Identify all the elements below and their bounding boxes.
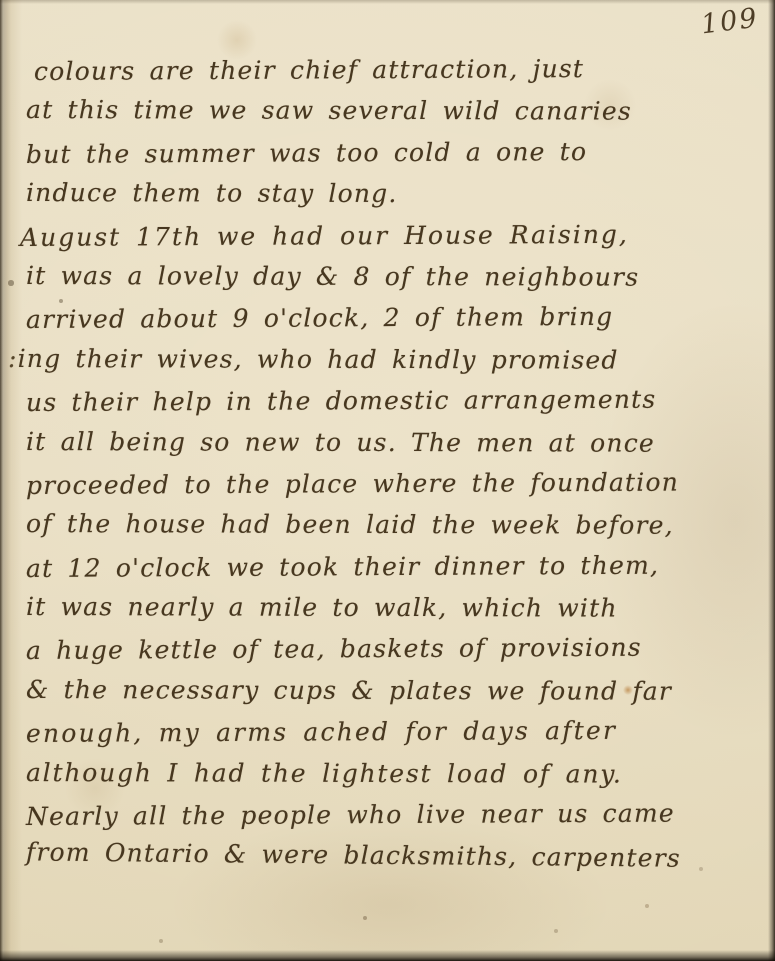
manuscript-line: enough, my arms ached for days after — [26, 709, 771, 754]
manuscript-line: Nearly all the people who live near us c… — [26, 792, 771, 837]
manuscript-line: but the summer was too cold a one to — [26, 130, 771, 175]
manuscript-line: it was a lovely day & 8 of the neighbour… — [26, 255, 771, 298]
manuscript-line: & the necessary cups & plates we found f… — [26, 669, 771, 712]
manuscript-line: at 12 o'clock we took their dinner to th… — [26, 544, 771, 589]
manuscript-line: August 17th we had our House Raising, — [20, 213, 771, 258]
manuscript-line: us their help in the domestic arrangemen… — [26, 378, 771, 423]
manuscript-line: of the house had been laid the week befo… — [26, 503, 771, 546]
page-edge-top — [0, 0, 775, 4]
manuscript-text: colours are their chief attraction, just… — [26, 49, 771, 877]
manuscript-line: :ing their wives, who had kindly promise… — [8, 338, 771, 381]
manuscript-line: from Ontario & were blacksmiths, carpent… — [26, 832, 771, 881]
manuscript-line: arrived about 9 o'clock, 2 of them bring — [26, 295, 771, 340]
manuscript-line: at this time we saw several wild canarie… — [26, 89, 771, 132]
manuscript-line: induce them to stay long. — [26, 172, 771, 215]
manuscript-line: colours are their chief attraction, just — [34, 47, 771, 92]
manuscript-line: it was nearly a mile to walk, which with — [26, 586, 771, 629]
paper-specks — [0, 0, 2, 2]
page-edge-bottom — [0, 950, 775, 961]
manuscript-line: although I had the lightest load of any. — [26, 752, 771, 795]
binding-edge-left — [0, 0, 22, 961]
page-number: 109 — [700, 3, 761, 41]
manuscript-line: proceeded to the place where the foundat… — [26, 461, 771, 506]
manuscript-line: a huge kettle of tea, baskets of provisi… — [26, 627, 771, 672]
manuscript-page: 109 colours are their chief attraction, … — [0, 0, 775, 961]
manuscript-line: it all being so new to us. The men at on… — [26, 421, 771, 464]
